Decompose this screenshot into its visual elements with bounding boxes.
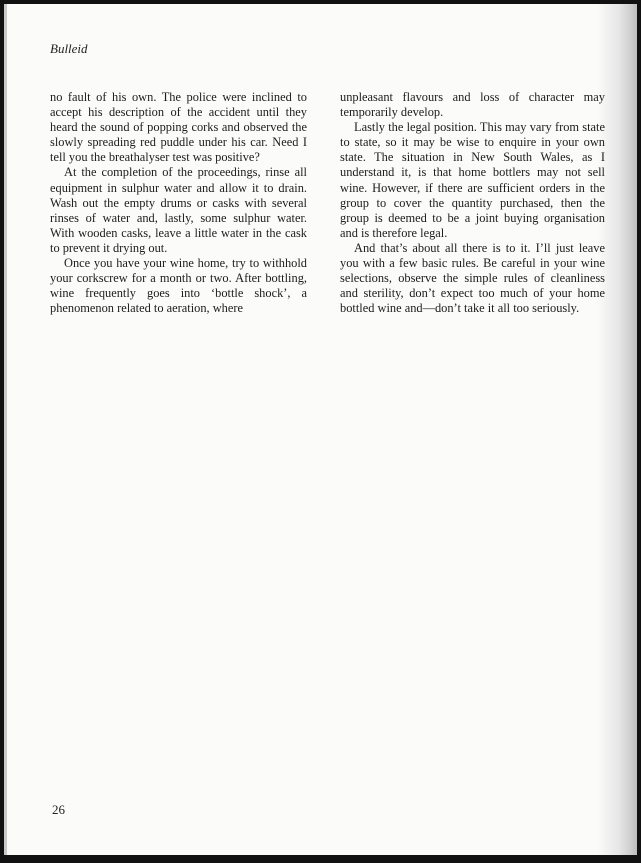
paragraph: no fault of his own. The police were inc… xyxy=(50,90,307,165)
scan-edge xyxy=(0,855,641,863)
right-column: unpleasant flavours and loss of characte… xyxy=(340,90,605,316)
paragraph: And that’s about all there is to it. I’l… xyxy=(340,241,605,316)
page-number: 26 xyxy=(52,802,65,818)
left-column: no fault of his own. The police were inc… xyxy=(50,90,307,316)
paragraph: At the completion of the proceedings, ri… xyxy=(50,165,307,256)
book-page: Bulleid no fault of his own. The police … xyxy=(4,4,637,855)
paragraph: unpleasant flavours and loss of characte… xyxy=(340,90,605,120)
running-head: Bulleid xyxy=(50,41,88,57)
paragraph: Once you have your wine home, try to wit… xyxy=(50,256,307,316)
paragraph: Lastly the legal position. This may vary… xyxy=(340,120,605,241)
